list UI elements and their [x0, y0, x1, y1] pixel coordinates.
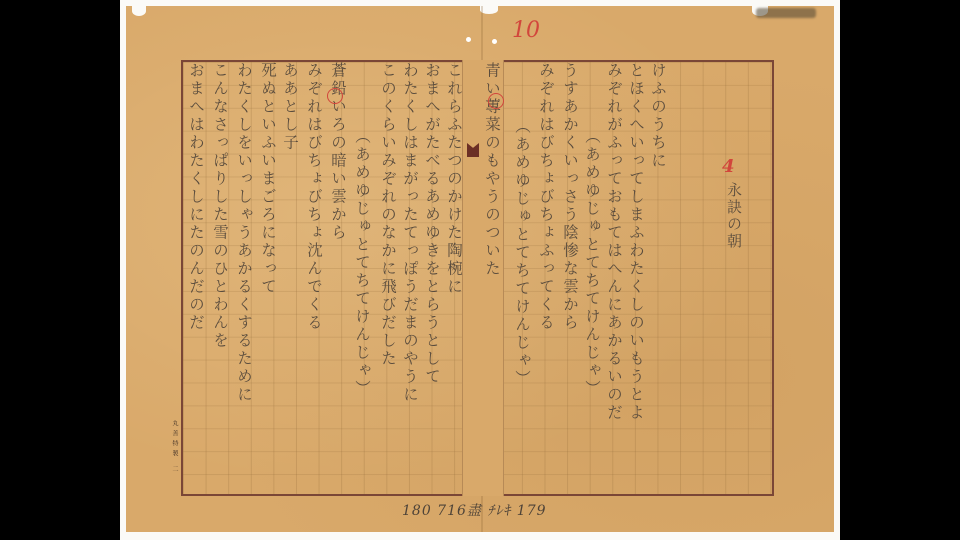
poem-line: とほくへいってしまふわたくしのいもうとよ	[626, 62, 646, 422]
poem-line: こんなさっぱりした雪のひとわんを	[210, 62, 230, 350]
section-number: 4	[722, 156, 735, 177]
poem-line: みぞれはびちょびちょ沈んでくる	[304, 62, 324, 332]
poem-line: けふのうちに	[648, 62, 668, 170]
poem-line: みぞれはびちょびちょふってくる	[536, 62, 556, 332]
correction-mark	[488, 93, 504, 109]
page-number: 10	[512, 18, 540, 43]
binding-hole	[466, 37, 471, 42]
poem-line: （あめゆじゅとてちてけんじゃ）	[352, 128, 372, 398]
poem-line: （あめゆじゅとてちてけんじゃ）	[512, 118, 532, 388]
poem-line: わたくしをいっしゃうあかるくするために	[234, 62, 254, 404]
poem-line: わたくしはまがったてっぽうだまのやうに	[400, 62, 420, 404]
poem-line: これらふたつのかけた陶椀に	[444, 62, 464, 296]
correction-mark	[327, 88, 343, 104]
paper-stain	[756, 8, 816, 18]
poem-line: このくらいみぞれのなかに飛びだした	[378, 62, 398, 368]
poem-line: （あめゆじゅとてちてけんじゃ）	[582, 128, 602, 398]
poem-line: うすあかくいっさう陰惨な雲から	[560, 62, 580, 332]
footer-annotation: 180 716盡 ﾁﾚｷ 179	[402, 500, 547, 520]
poem-line: おまへがたべるあめゆきをとらうとして	[422, 62, 442, 386]
publisher-mark: 丸善特製 二	[170, 420, 179, 476]
poem-title: 永訣の朝	[724, 182, 745, 250]
poem-line: おまへはわたくしにたのんだのだ	[186, 62, 206, 332]
poem-line: みぞれがふっておもてはへんにあかるいのだ	[604, 62, 624, 422]
poem-line: ああとし子	[280, 62, 300, 152]
binding-hole	[492, 39, 497, 44]
poem-line: 死ぬといふいまごろになって	[258, 62, 278, 296]
paper-tear	[132, 6, 146, 16]
